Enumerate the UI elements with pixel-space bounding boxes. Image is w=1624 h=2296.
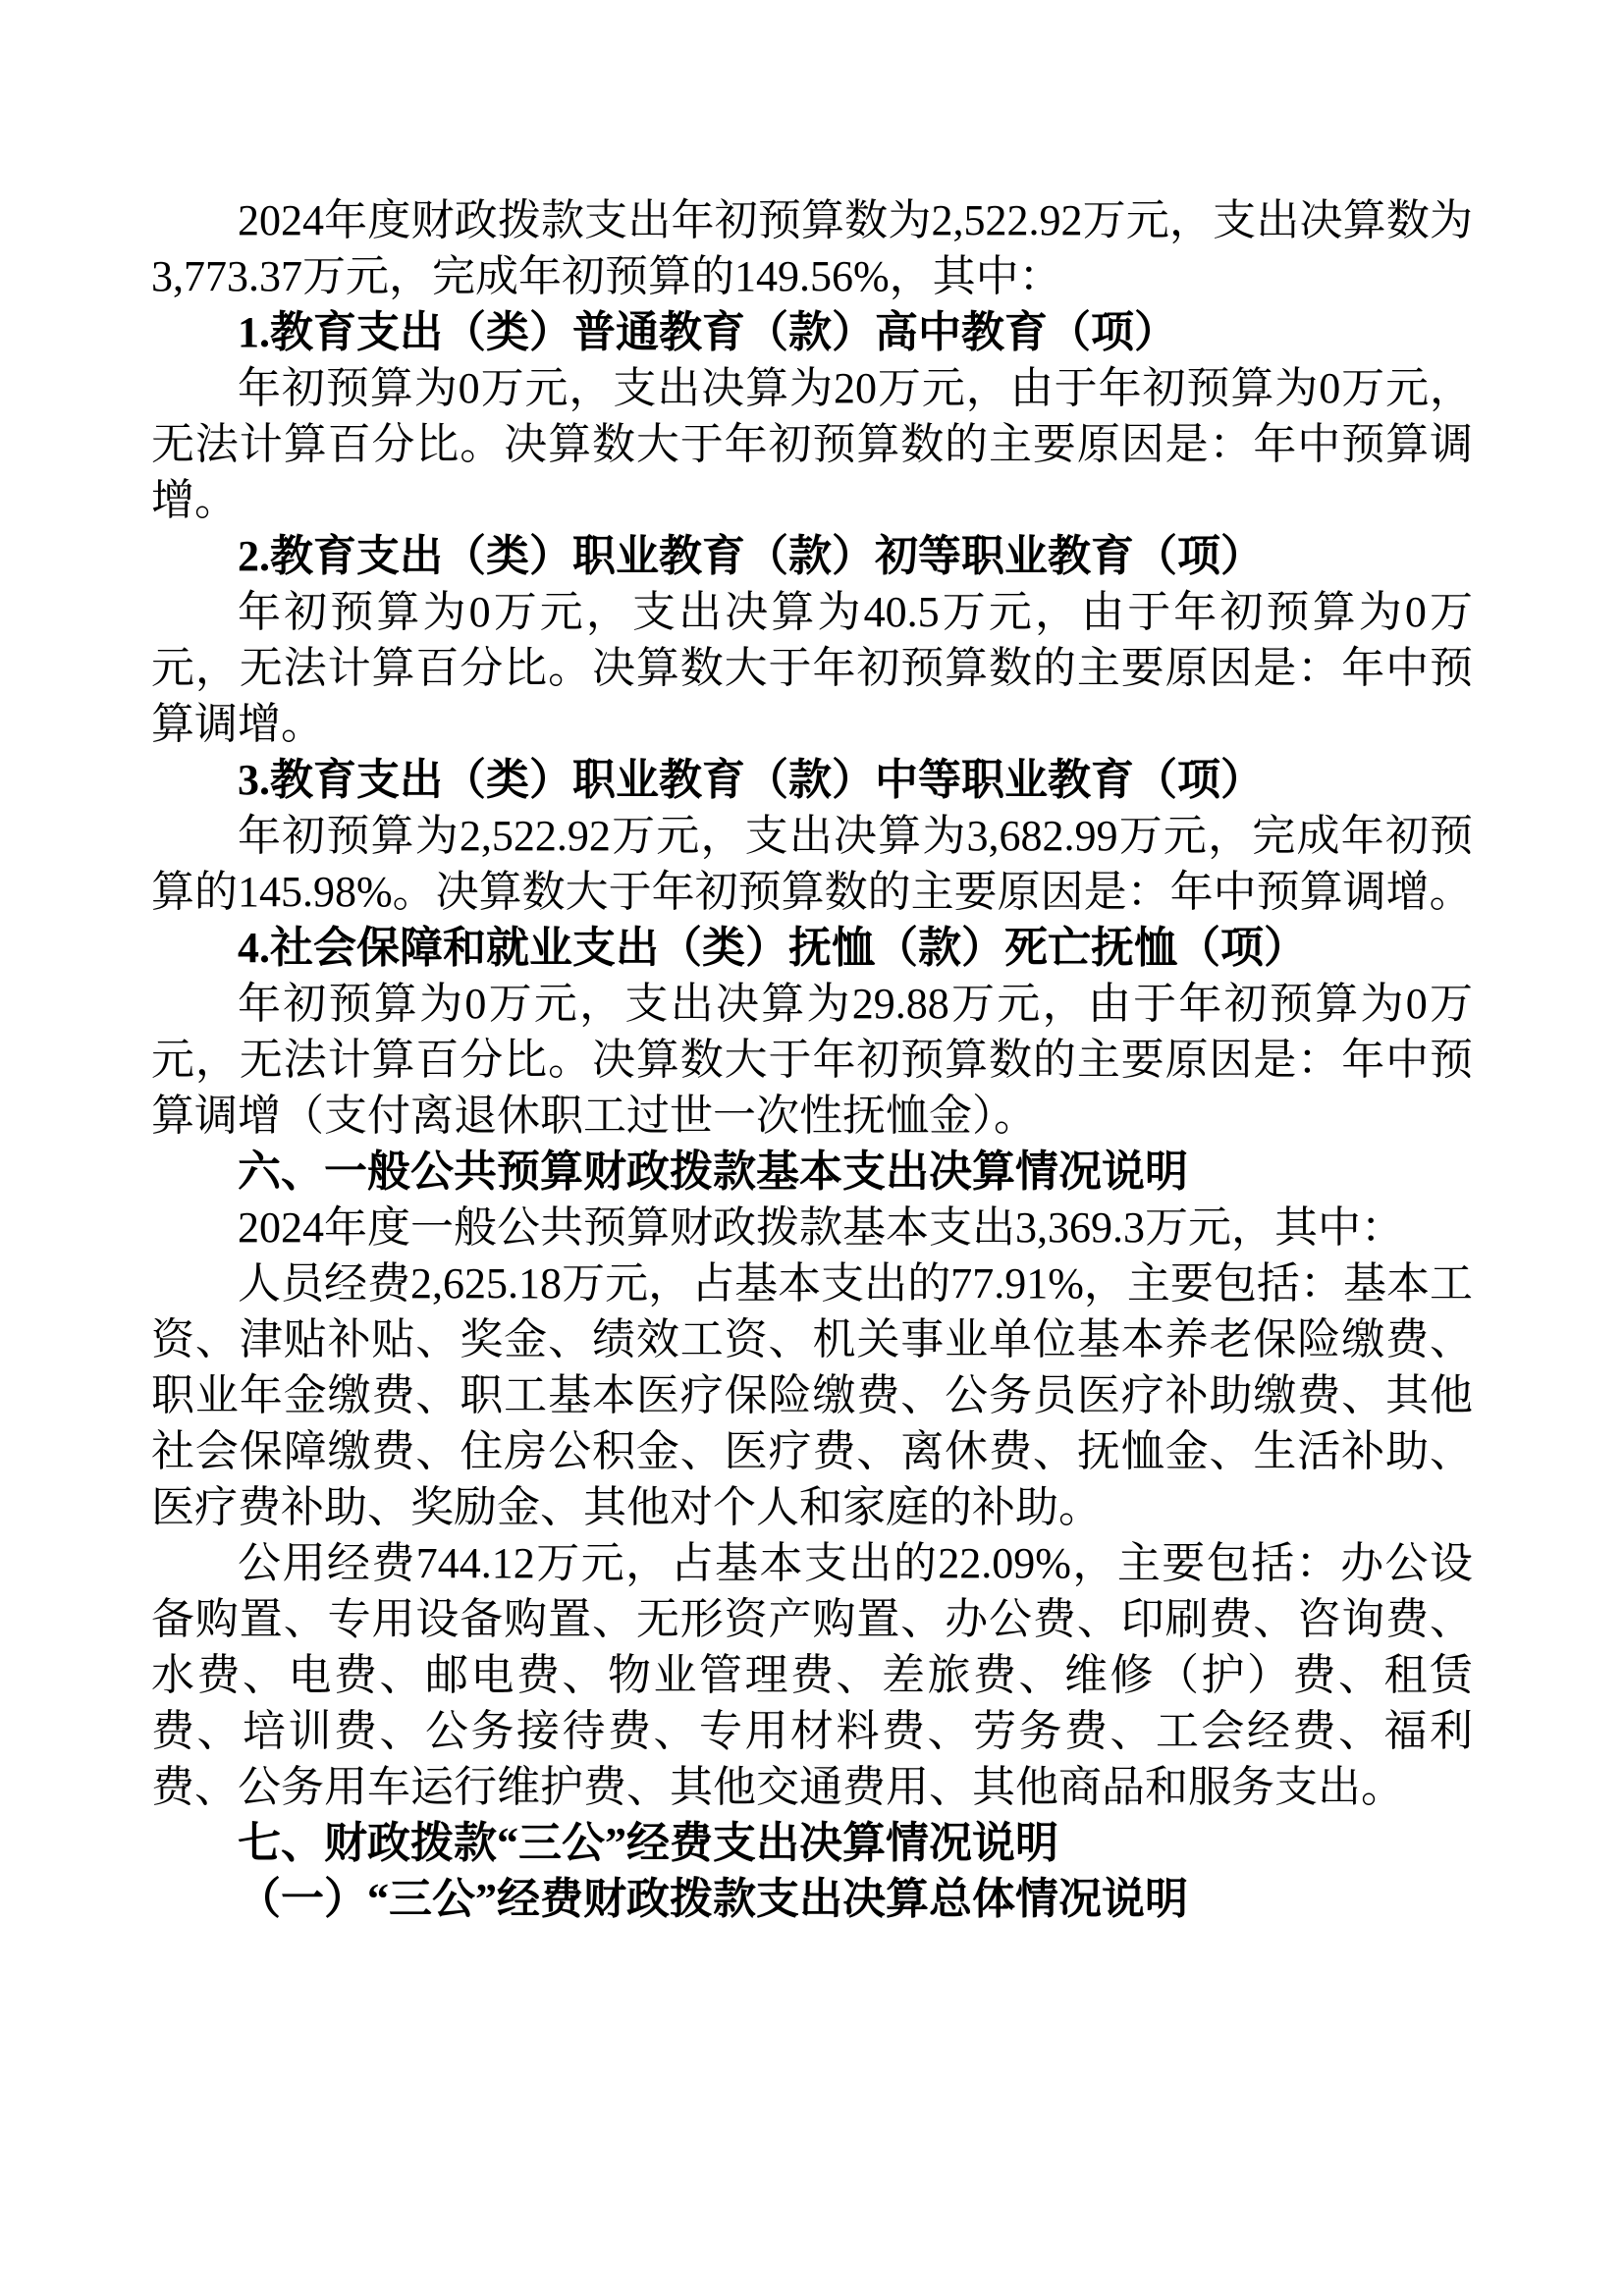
section-heading: 1.教育支出（类）普通教育（款）高中教育（项）: [151, 304, 1473, 360]
paragraph: 2024年度一般公共预算财政拨款基本支出3,369.3万元，其中：: [151, 1200, 1473, 1255]
section-heading: 六、一般公共预算财政拨款基本支出决算情况说明: [151, 1144, 1473, 1200]
paragraph: 人员经费2,625.18万元，占基本支出的77.91%，主要包括：基本工资、津贴…: [151, 1255, 1473, 1535]
section-heading: 七、财政拨款“三公”经费支出决算情况说明: [151, 1815, 1473, 1871]
section-heading: 2.教育支出（类）职业教育（款）初等职业教育（项）: [151, 528, 1473, 584]
paragraph: 2024年度财政拨款支出年初预算数为2,522.92万元，支出决算数为3,773…: [151, 192, 1473, 304]
paragraph: 年初预算为0万元，支出决算为40.5万元，由于年初预算为0万元，无法计算百分比。…: [151, 584, 1473, 752]
paragraph: 年初预算为2,522.92万元，支出决算为3,682.99万元，完成年初预算的1…: [151, 808, 1473, 920]
section-heading: 3.教育支出（类）职业教育（款）中等职业教育（项）: [151, 752, 1473, 808]
section-heading: （一）“三公”经费财政拨款支出决算总体情况说明: [151, 1871, 1473, 1927]
document-page: 2024年度财政拨款支出年初预算数为2,522.92万元，支出决算数为3,773…: [0, 0, 1624, 2296]
paragraph: 公用经费744.12万元，占基本支出的22.09%，主要包括：办公设备购置、专用…: [151, 1535, 1473, 1815]
paragraph: 年初预算为0万元，支出决算为29.88万元，由于年初预算为0万元，无法计算百分比…: [151, 976, 1473, 1144]
section-heading: 4.社会保障和就业支出（类）抚恤（款）死亡抚恤（项）: [151, 920, 1473, 976]
document-body: 2024年度财政拨款支出年初预算数为2,522.92万元，支出决算数为3,773…: [151, 192, 1473, 1927]
paragraph: 年初预算为0万元，支出决算为20万元，由于年初预算为0万元，无法计算百分比。决算…: [151, 360, 1473, 528]
